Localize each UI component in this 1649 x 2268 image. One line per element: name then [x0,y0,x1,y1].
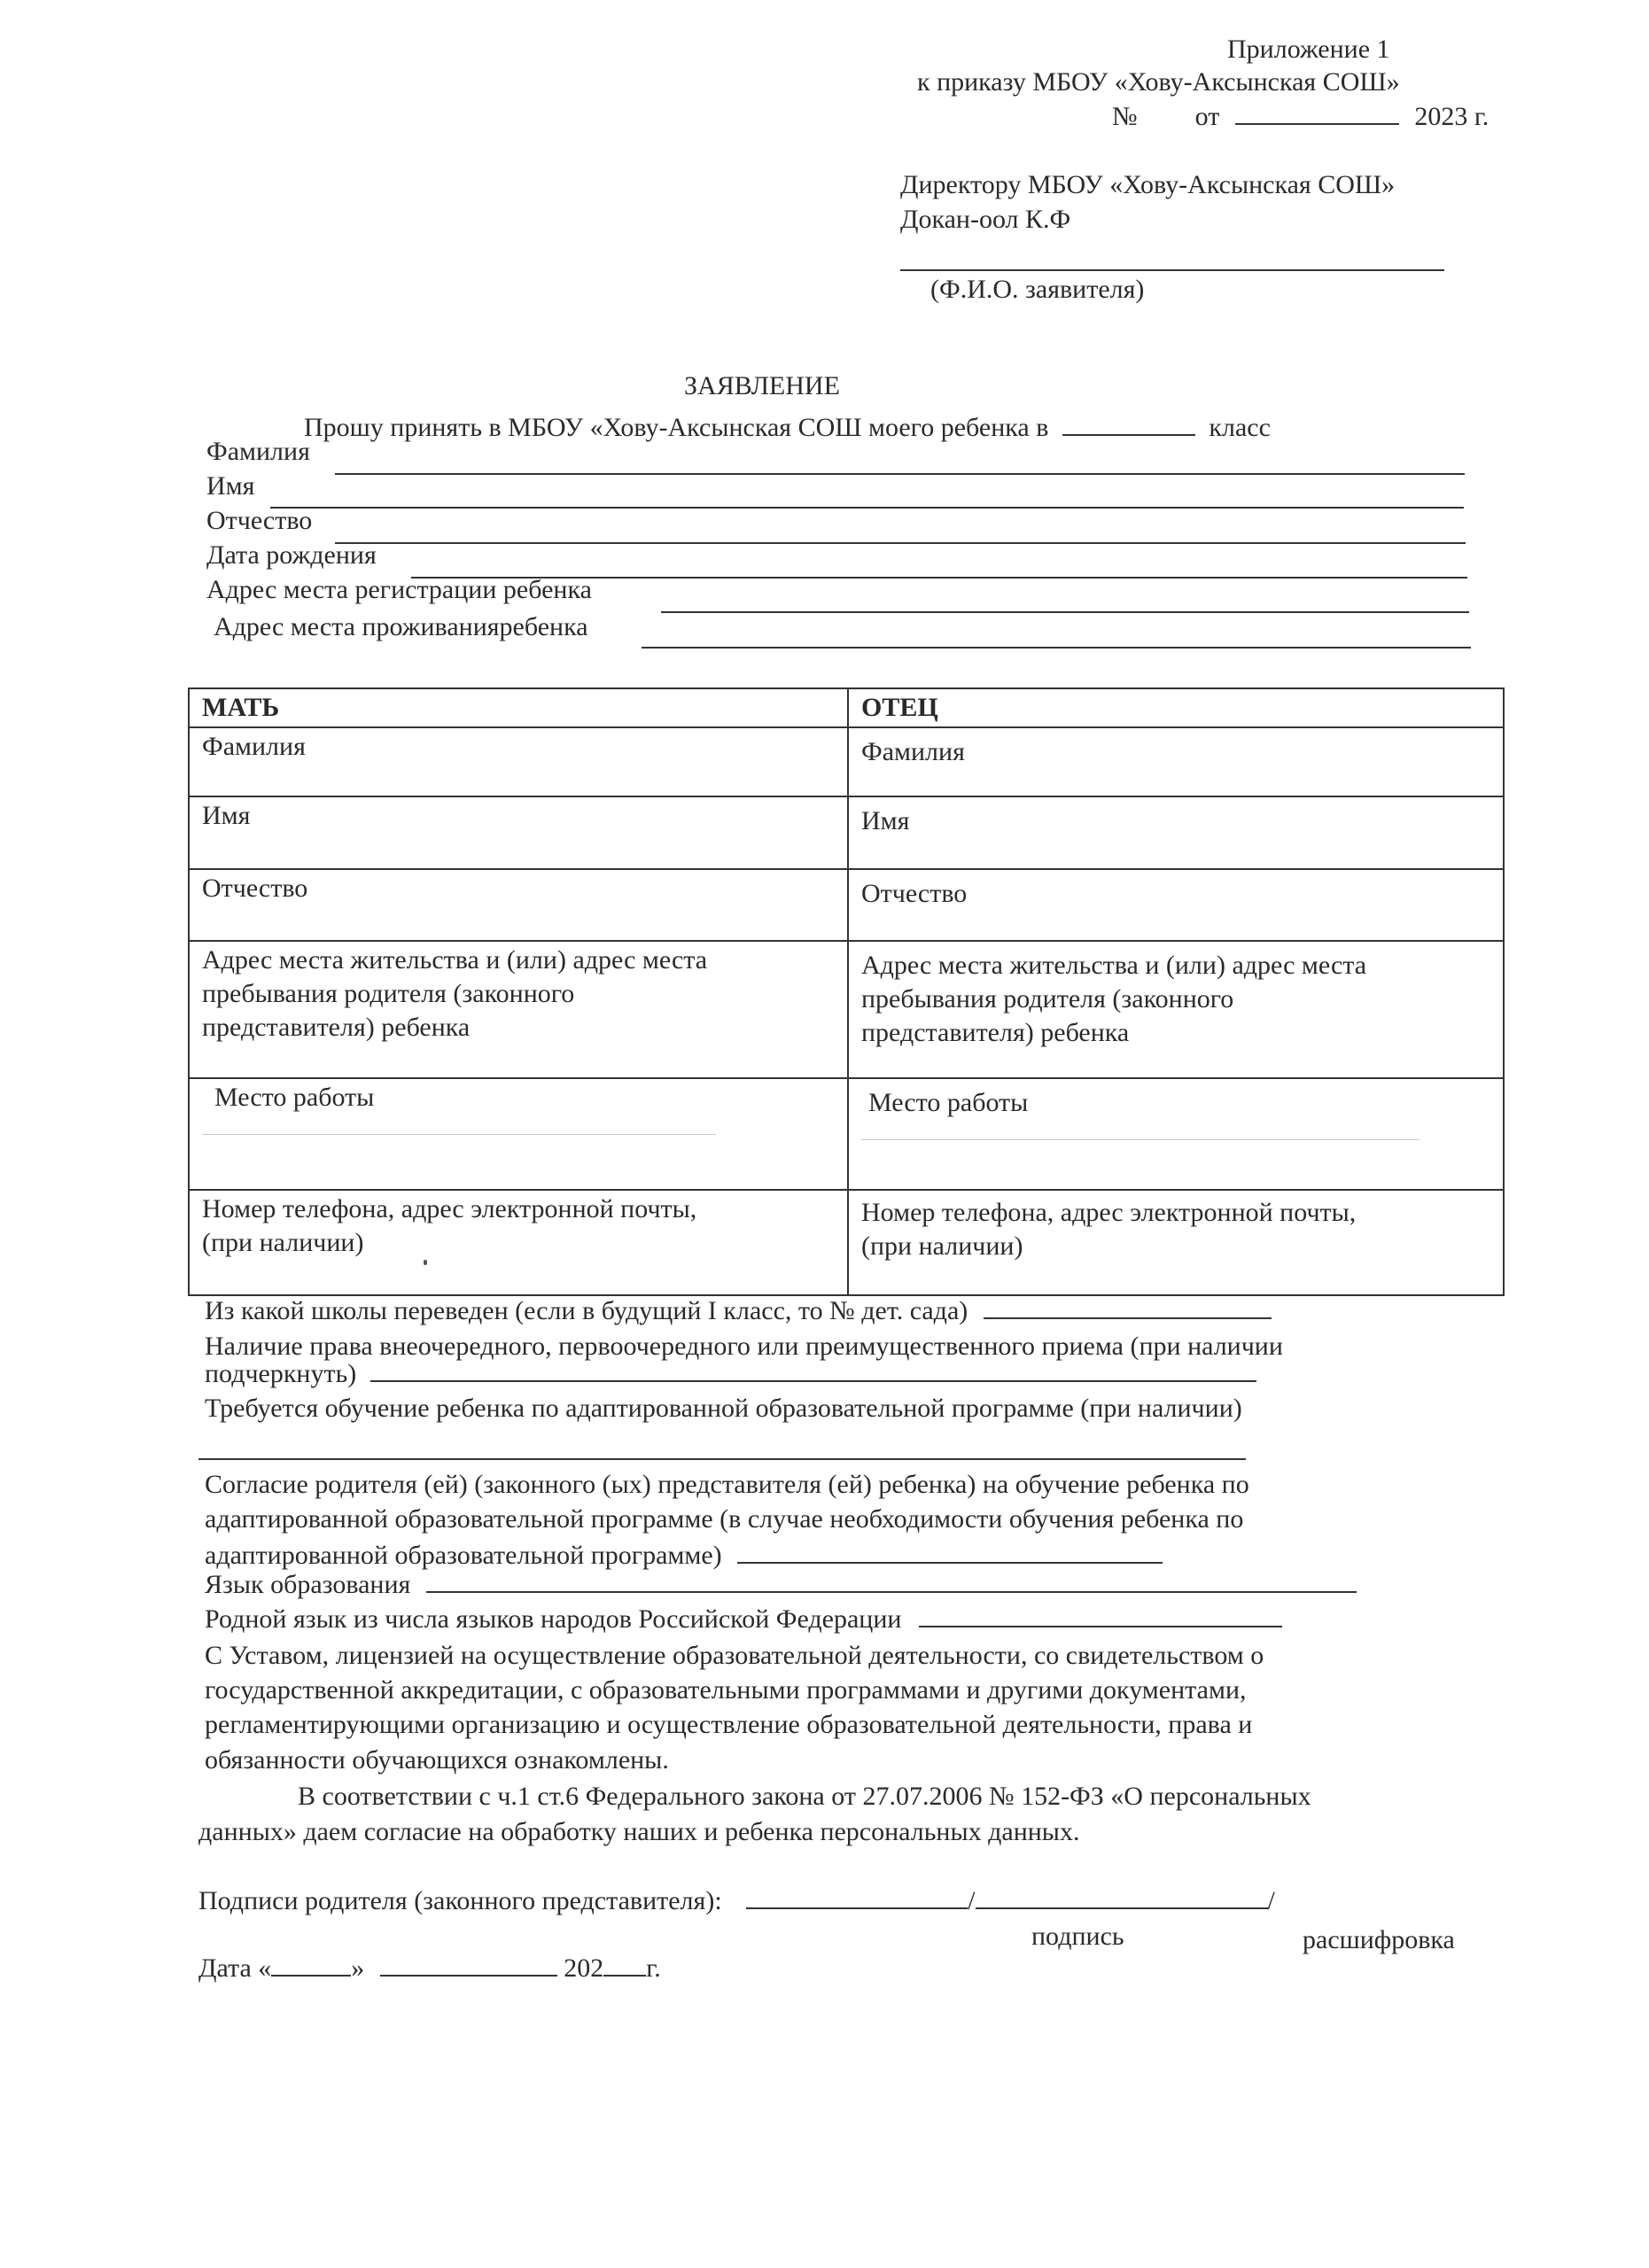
cell-label: пребывания родителя (законного [861,983,1490,1016]
table-row: Номер телефона, адрес электронной почты,… [189,1190,1504,1295]
mother-address-cell[interactable]: Адрес места жительства и (или) адрес мес… [189,941,848,1078]
father-address-cell[interactable]: Адрес места жительства и (или) адрес мес… [848,941,1504,1078]
workplace-blank[interactable] [202,1134,716,1135]
adapted-program-blank[interactable] [198,1458,1246,1460]
applicant-caption: (Ф.И.О. заявителя) [930,274,1144,306]
cell-label: представителя) ребенка [202,1011,835,1045]
table-row: Имя Имя [189,796,1504,869]
addressee-line-1: Директору МБОУ «Хову-Аксынская СОШ» [900,169,1395,201]
child-registration-address-label: Адрес места регистрации ребенка [206,574,592,606]
request-line: Прошу принять в МБОУ «Хову-Аксынская СОШ… [304,411,1271,444]
signature-decode-blank[interactable] [976,1884,1268,1909]
pd-consent-label-2: данных» даем согласие на обработку наших… [198,1816,1079,1848]
appendix-label: Приложение 1 [1227,34,1390,66]
request-class-label: класс [1209,413,1271,442]
cell-label: Отчество [861,877,1490,911]
cell-label: Номер телефона, адрес электронной почты, [202,1192,835,1226]
document-title: ЗАЯВЛЕНИЕ [684,370,840,402]
cell-label: Адрес места жительства и (или) адрес мес… [861,949,1490,983]
adapted-program-label: Требуется обучение ребенка по адаптирова… [205,1393,1242,1425]
native-language-blank[interactable] [919,1603,1282,1627]
father-surname-cell[interactable]: Фамилия [848,727,1504,796]
child-residence-address-label: Адрес места проживанияребенка [214,611,588,643]
date-quote-close: » [351,1953,364,1983]
child-birthdate-label: Дата рождения [206,540,377,571]
pd-consent-label-1: В соответствии с ч.1 ст.6 Федерального з… [298,1781,1311,1813]
table-row: Адрес места жительства и (или) адрес мес… [189,941,1504,1078]
request-text: Прошу принять в МБОУ «Хову-Аксынская СОШ… [304,413,1048,442]
father-workplace-cell[interactable]: Место работы [848,1078,1504,1190]
mother-workplace-cell[interactable]: Место работы [189,1078,848,1190]
date-day-blank[interactable] [271,1952,351,1977]
child-name-label: Имя [206,470,254,502]
father-contacts-cell[interactable]: Номер телефона, адрес электронной почты,… [848,1190,1504,1295]
priority-label-2: подчеркнуть) [205,1359,356,1388]
child-surname-label: Фамилия [206,436,310,468]
date-line: Дата «» 202г. [198,1952,661,1984]
cell-label: Место работы [202,1081,835,1115]
cell-label: Имя [202,801,250,830]
workplace-blank[interactable] [861,1139,1420,1140]
table-row: Фамилия Фамилия [189,727,1504,796]
mother-name-cell[interactable]: Имя [189,796,848,869]
table-row: Место работы Место работы [189,1078,1504,1190]
cell-label: (при наличии) [861,1230,1490,1263]
cell-label: Адрес места жительства и (или) адрес мес… [202,944,835,977]
edu-language-label: Язык образования [205,1570,410,1599]
transfer-school-line: Из какой школы переведен (если в будущий… [205,1294,1272,1327]
signature-slash: / [968,1886,975,1915]
child-surname-blank[interactable] [335,473,1465,475]
cell-label: Имя [861,804,1490,838]
parents-table: МАТЬ ОТЕЦ Фамилия Фамилия Имя Имя Отчест… [188,687,1505,1296]
applicant-name-blank[interactable] [900,269,1444,271]
charter-label-4: обязанности обучающихся ознакомлены. [205,1744,669,1776]
charter-label-3: регламентирующими организацию и осуществ… [205,1709,1252,1741]
consent-line-3: адаптированной образовательной программе… [205,1539,1163,1572]
order-reference: к приказу МБОУ «Хову-Аксынская СОШ» [917,66,1400,98]
order-number-line: № от 2023 г. [1112,100,1489,133]
father-patronymic-cell[interactable]: Отчество [848,869,1504,941]
signature-label: Подписи родителя (законного представител… [198,1886,722,1915]
child-name-blank[interactable] [270,507,1464,509]
transfer-school-label: Из какой школы переведен (если в будущий… [205,1296,968,1325]
order-year: 2023 г. [1414,102,1489,131]
addressee-line-2: Докан-оол К.Ф [900,204,1070,236]
order-number-label: № [1112,102,1138,131]
mother-header: МАТЬ [189,688,848,727]
child-patronymic-label: Отчество [206,505,312,537]
signature-blank[interactable] [746,1884,968,1909]
date-year-prefix: 202 [564,1953,603,1983]
signature-slash: / [1268,1886,1275,1915]
native-language-line: Родной язык из числа языков народов Росс… [205,1603,1282,1635]
date-month-blank[interactable] [380,1952,557,1977]
cell-label: пребывания родителя (законного [202,977,835,1011]
consent-label-1: Согласие родителя (ей) (законного (ых) п… [205,1469,1249,1501]
cell-label: (при наличии) [202,1226,835,1260]
cell-label: Фамилия [202,732,306,761]
order-date-blank[interactable] [1235,100,1399,125]
mother-contacts-cell[interactable]: Номер телефона, адрес электронной почты,… [189,1190,848,1295]
edu-language-blank[interactable] [426,1568,1357,1593]
priority-blank[interactable] [370,1357,1256,1382]
table-header-row: МАТЬ ОТЕЦ [189,688,1504,727]
decode-caption: расшифровка [1303,1924,1455,1956]
consent-label-2: адаптированной образовательной программе… [205,1503,1243,1535]
cell-label: Фамилия [861,735,1490,769]
priority-line-2: подчеркнуть) [205,1357,1256,1390]
date-year-blank[interactable] [603,1952,646,1977]
charter-label-2: государственной аккредитации, с образова… [205,1674,1247,1706]
signature-line: Подписи родителя (законного представител… [198,1884,1275,1917]
child-registration-address-blank[interactable] [661,611,1469,613]
date-year-suffix: г. [646,1953,660,1983]
consent-blank[interactable] [737,1539,1163,1564]
father-name-cell[interactable]: Имя [848,796,1504,869]
child-patronymic-blank[interactable] [335,542,1466,544]
transfer-school-blank[interactable] [984,1294,1272,1319]
date-label: Дата « [198,1953,271,1983]
child-residence-address-blank[interactable] [642,647,1471,649]
order-from-label: от [1195,102,1220,131]
cell-label: Отчество [202,874,307,903]
table-row: Отчество Отчество [189,869,1504,941]
cell-label: Номер телефона, адрес электронной почты, [861,1196,1490,1230]
mother-patronymic-cell[interactable]: Отчество [189,869,848,941]
cell-label: Место работы [861,1086,1490,1120]
charter-label-1: С Уставом, лицензией на осуществление об… [205,1640,1264,1672]
consent-label-3: адаптированной образовательной программе… [205,1541,722,1570]
mother-surname-cell[interactable]: Фамилия [189,727,848,796]
scan-speck [424,1260,427,1265]
edu-language-line: Язык образования [205,1568,1357,1601]
cell-label: представителя) ребенка [861,1016,1490,1050]
native-language-label: Родной язык из числа языков народов Росс… [205,1604,901,1634]
father-header: ОТЕЦ [848,688,1504,727]
class-blank[interactable] [1062,411,1195,436]
signature-caption: подпись [1031,1921,1124,1953]
